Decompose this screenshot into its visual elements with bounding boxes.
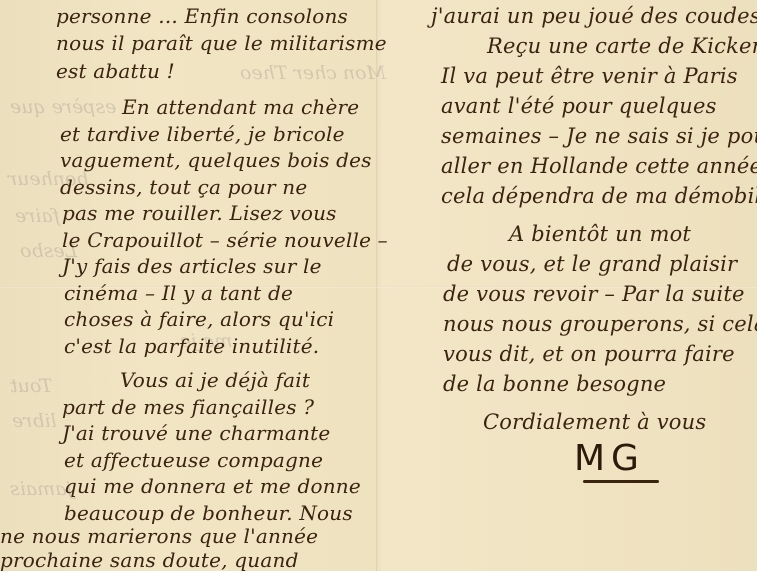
- letter-line: de la bonne besogne: [443, 372, 666, 396]
- signature-underline: [583, 480, 659, 483]
- letter-line: de vous, et le grand plaisir: [447, 252, 737, 276]
- letter-line: vous dit, et on pourra faire: [443, 342, 735, 366]
- letter-line: qui me donnera et me donne: [64, 474, 361, 498]
- letter-line: En attendant ma chère: [122, 95, 359, 119]
- letter-line: part de mes fiançailles ?: [62, 395, 314, 419]
- letter-line: aller en Hollande cette année,: [441, 154, 757, 178]
- letter-line: pas me rouiller. Lisez vous: [62, 201, 337, 225]
- letter-line: est abattu !: [56, 59, 175, 83]
- letter-line: Vous ai je déjà fait: [120, 368, 310, 392]
- letter-line: nous nous grouperons, si cela: [443, 312, 757, 336]
- letter-line: nous il paraît que le militarisme: [56, 31, 387, 55]
- closing-line: Cordialement à vous: [483, 410, 706, 434]
- letter-line: ne nous marierons que l'année: [0, 524, 318, 548]
- letter-line: cinéma – Il y a tant de: [64, 281, 293, 305]
- left-page: personne ... Enfin consolons nous il par…: [0, 0, 378, 571]
- letter-line: semaines – Je ne sais si je pourrai: [441, 124, 757, 148]
- letter-line: le Crapouillot – série nouvelle –: [62, 228, 388, 252]
- signature: MG: [574, 438, 645, 479]
- letter-line: A bientôt un mot: [509, 222, 691, 246]
- letter-line: de vous revoir – Par la suite: [443, 282, 745, 306]
- letter-line: Reçu une carte de Kickert.: [487, 34, 757, 58]
- letter-line: avant l'été pour quelques: [441, 94, 717, 118]
- letter-line: j'aurai un peu joué des coudes –: [431, 4, 757, 28]
- letter-line: c'est la parfaite inutilité.: [64, 334, 319, 358]
- letter-line: et tardive liberté, je bricole: [60, 122, 345, 146]
- letter-line: J'y fais des articles sur le: [62, 254, 322, 278]
- letter-line: et affectueuse compagne: [64, 448, 323, 472]
- letter-line: cela dépendra de ma démobilisation.: [441, 184, 757, 208]
- letter-line: Il va peut être venir à Paris: [441, 64, 738, 88]
- letter-line: J'ai trouvé une charmante: [62, 421, 330, 445]
- right-page: j'aurai un peu joué des coudes – Reçu un…: [379, 0, 757, 571]
- letter-line: prochaine sans doute, quand: [0, 548, 299, 572]
- letter-line: vaguement, quelques bois des: [60, 148, 372, 172]
- letter-line: choses à faire, alors qu'ici: [64, 307, 334, 331]
- letter-line: personne ... Enfin consolons: [56, 4, 348, 28]
- letter-line: beaucoup de bonheur. Nous: [64, 501, 353, 525]
- letter-sheet: Mon cher Theo espère que bonheur faire L…: [0, 0, 757, 571]
- letter-line: dessins, tout ça pour ne: [60, 175, 307, 199]
